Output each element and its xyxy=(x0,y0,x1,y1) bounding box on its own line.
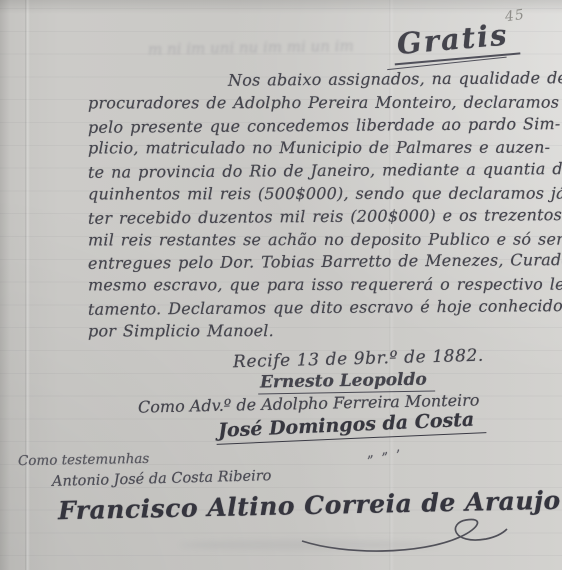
signature-flourish xyxy=(300,515,510,557)
manuscript-line-10: mesmo escravo, que para isso requererá o… xyxy=(88,275,550,299)
manuscript-line-2: procuradores de Adolpho Pereira Monteiro… xyxy=(88,92,550,116)
signature-ernesto-leopoldo: Ernesto Leopoldo xyxy=(258,369,435,394)
scan-shadow xyxy=(0,0,562,14)
manuscript-line-4: plicio, matriculado no Municipio de Palm… xyxy=(88,138,550,162)
document-page: 45 Gratis m ni im uni nu im mi un im Nos… xyxy=(0,0,562,570)
manuscript-line-1: Nos abaixo assignados, na qualidade de xyxy=(88,68,550,94)
manuscript-line-12: por Simplicio Manoel. xyxy=(88,320,550,344)
manuscript-line-11: tamento. Declaramos que dito escravo é h… xyxy=(88,296,550,322)
manuscript-line-8: mil reis restantes se achão no deposito … xyxy=(88,229,550,253)
manuscript-body: Nos abaixo assignados, na qualidade de p… xyxy=(88,70,550,344)
manuscript-line-7: ter recebido duzentos mil reis (200$000)… xyxy=(88,205,550,231)
manuscript-line-5: te na provincia do Rio de Janeiro, media… xyxy=(88,159,550,185)
manuscript-line-9: entregues pelo Dor. Tobias Barretto de M… xyxy=(88,251,550,277)
paper-smudge xyxy=(180,540,440,550)
manuscript-line-6: quinhentos mil reis (500$000), sendo que… xyxy=(88,184,550,208)
manuscript-line-3: pelo presente que concedemos liberdade a… xyxy=(88,114,550,140)
witnesses-label: Como testemunhas xyxy=(18,451,150,469)
